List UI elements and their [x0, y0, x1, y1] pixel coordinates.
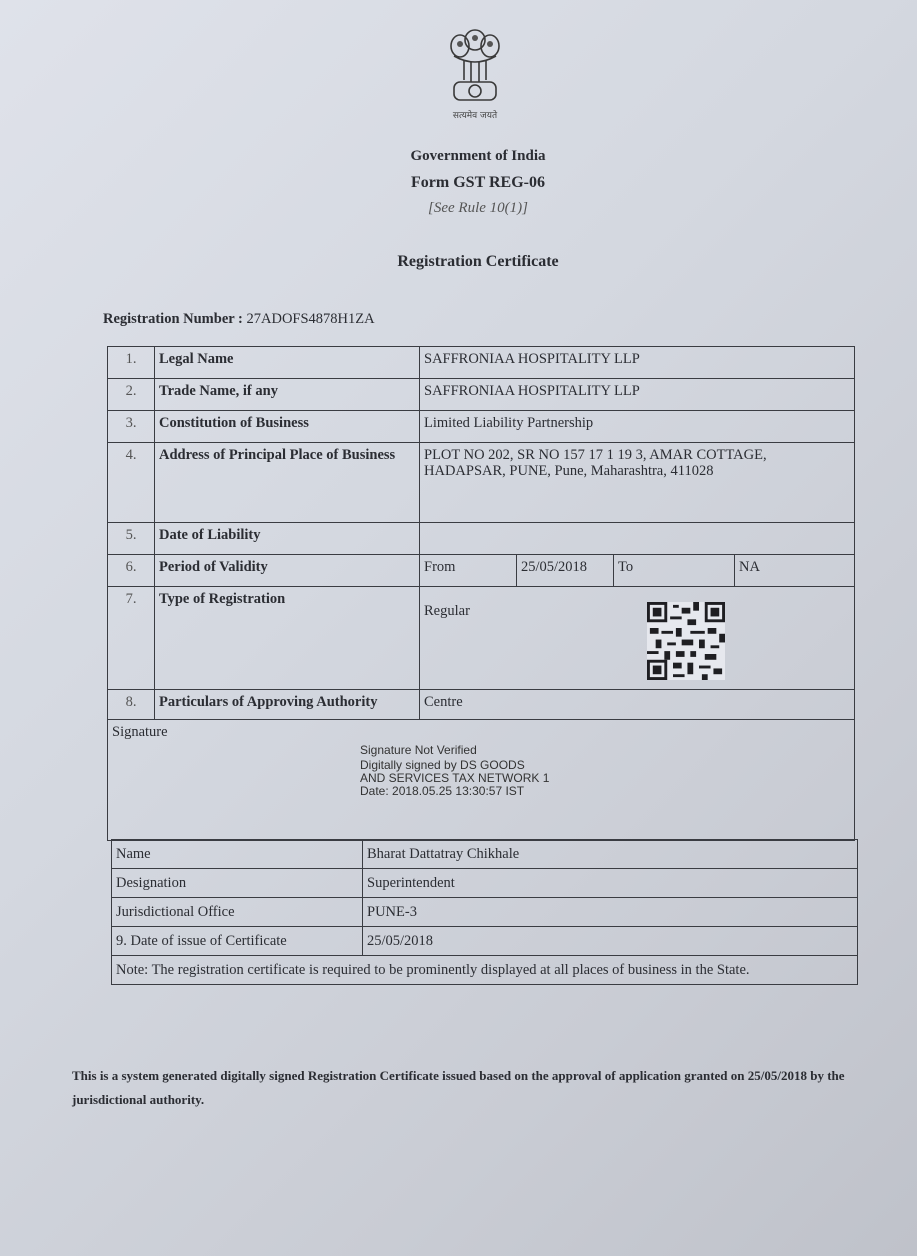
address-line-1: PLOT NO 202, SR NO 157 17 1 19 3, AMAR C… — [424, 447, 850, 463]
row-number: 5. — [108, 523, 155, 555]
table-row: 7. Type of Registration Regular — [108, 587, 855, 690]
trade-name-value: SAFFRONIAA HOSPITALITY LLP — [420, 379, 855, 411]
validity-from-label: From — [420, 555, 517, 587]
signature-status: Signature Not Verified — [360, 744, 549, 757]
officer-name-value: Bharat Dattatray Chikhale — [363, 840, 858, 869]
validity-to-label: To — [614, 555, 735, 587]
designation-label: Designation — [112, 869, 363, 898]
signature-line-3: Date: 2018.05.25 13:30:57 IST — [360, 785, 549, 798]
validity-to-value: NA — [735, 555, 855, 587]
emblem-motto: सत्यमेव जयते — [420, 108, 530, 121]
designation-value: Superintendent — [363, 869, 858, 898]
table-row: Name Bharat Dattatray Chikhale — [112, 840, 858, 869]
registration-type-cell: Regular — [420, 587, 855, 690]
row-number: 8. — [108, 690, 155, 720]
table-row: 9. Date of issue of Certificate 25/05/20… — [112, 927, 858, 956]
rule-reference: [See Rule 10(1)] — [0, 200, 917, 217]
registration-number: Registration Number : 27ADOFS4878H1ZA — [103, 311, 375, 328]
row-label: Period of Validity — [155, 555, 420, 587]
table-row: 5. Date of Liability — [108, 523, 855, 555]
jurisdictional-office-value: PUNE-3 — [363, 898, 858, 927]
table-row: 8. Particulars of Approving Authority Ce… — [108, 690, 855, 720]
registration-number-value: 27ADOFS4878H1ZA — [247, 311, 375, 327]
signature-cell: Signature Signature Not Verified Digital… — [108, 720, 855, 841]
system-generated-footer: This is a system generated digitally sig… — [72, 1064, 907, 1112]
row-number: 1. — [108, 347, 155, 379]
table-row: 6. Period of Validity From 25/05/2018 To… — [108, 555, 855, 587]
row-number: 2. — [108, 379, 155, 411]
government-title: Government of India — [0, 148, 917, 165]
signature-label: Signature — [112, 724, 168, 740]
table-row: 3. Constitution of Business Limited Liab… — [108, 411, 855, 443]
row-label: Legal Name — [155, 347, 420, 379]
approving-authority-value: Centre — [420, 690, 855, 720]
row-number: 4. — [108, 443, 155, 523]
table-row: Designation Superintendent — [112, 869, 858, 898]
row-label: Constitution of Business — [155, 411, 420, 443]
issue-date-label: 9. Date of issue of Certificate — [112, 927, 363, 956]
liability-date-value — [420, 523, 855, 555]
jurisdictional-office-label: Jurisdictional Office — [112, 898, 363, 927]
row-label: Particulars of Approving Authority — [155, 690, 420, 720]
table-row: Note: The registration certificate is re… — [112, 956, 858, 985]
qr-code-icon — [646, 602, 726, 680]
row-number: 6. — [108, 555, 155, 587]
row-label: Date of Liability — [155, 523, 420, 555]
address-value: PLOT NO 202, SR NO 157 17 1 19 3, AMAR C… — [420, 443, 855, 523]
registration-details-table: 1. Legal Name SAFFRONIAA HOSPITALITY LLP… — [107, 346, 855, 841]
display-note: Note: The registration certificate is re… — [112, 956, 858, 985]
form-title: Form GST REG-06 — [0, 174, 917, 192]
national-emblem-icon — [440, 24, 510, 108]
legal-name-value: SAFFRONIAA HOSPITALITY LLP — [420, 347, 855, 379]
validity-from-value: 25/05/2018 — [517, 555, 614, 587]
digital-signature-block: Signature Not Verified Digitally signed … — [360, 744, 549, 798]
officer-name-label: Name — [112, 840, 363, 869]
issue-date-value: 25/05/2018 — [363, 927, 858, 956]
row-number: 7. — [108, 587, 155, 690]
address-line-2: HADAPSAR, PUNE, Pune, Maharashtra, 41102… — [424, 463, 850, 479]
registration-type-value: Regular — [424, 603, 850, 620]
signature-row: Signature Signature Not Verified Digital… — [108, 720, 855, 841]
table-row: 1. Legal Name SAFFRONIAA HOSPITALITY LLP — [108, 347, 855, 379]
constitution-value: Limited Liability Partnership — [420, 411, 855, 443]
table-row: 2. Trade Name, if any SAFFRONIAA HOSPITA… — [108, 379, 855, 411]
row-label: Trade Name, if any — [155, 379, 420, 411]
row-label: Address of Principal Place of Business — [155, 443, 420, 523]
registration-number-label: Registration Number : — [103, 311, 243, 327]
officer-details-table: Name Bharat Dattatray Chikhale Designati… — [111, 839, 858, 985]
certificate-title: Registration Certificate — [0, 253, 917, 271]
row-label: Type of Registration — [155, 587, 420, 690]
table-row: 4. Address of Principal Place of Busines… — [108, 443, 855, 523]
row-number: 3. — [108, 411, 155, 443]
table-row: Jurisdictional Office PUNE-3 — [112, 898, 858, 927]
